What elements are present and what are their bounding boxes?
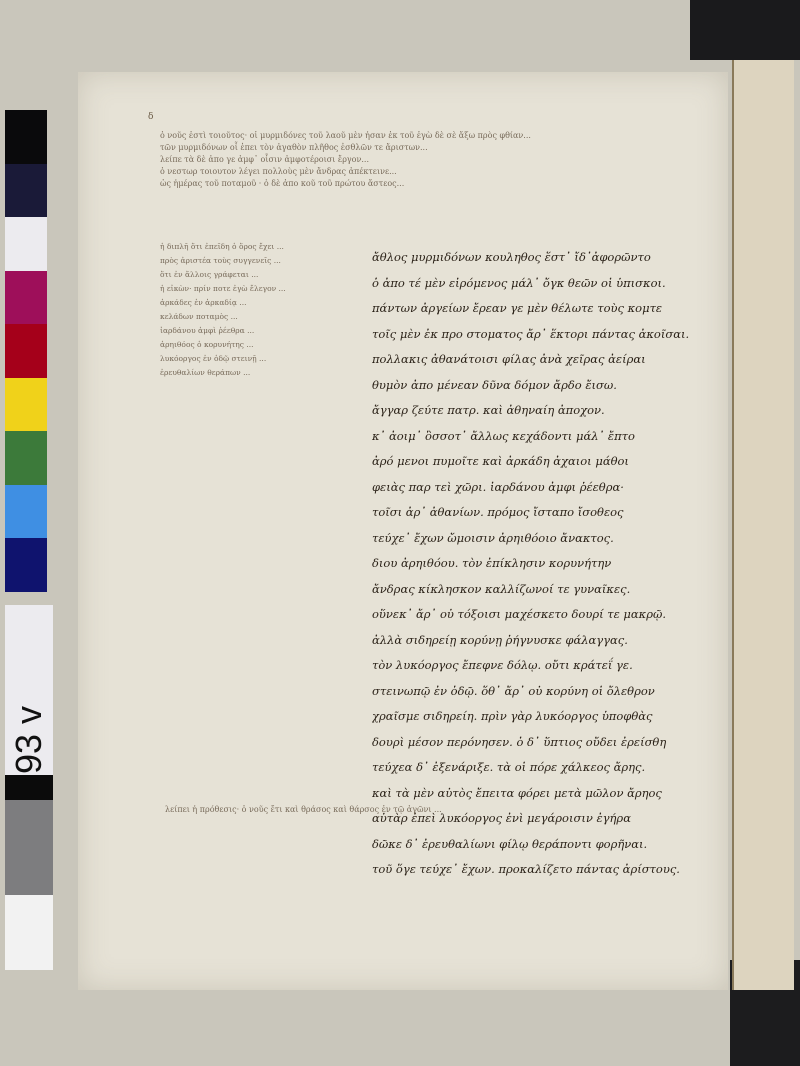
swatch-blue [5, 538, 47, 592]
facing-page-edge [732, 60, 794, 990]
swatch-green [5, 431, 47, 485]
gray-scale-bar: 93 v [5, 605, 53, 970]
swatch-red [5, 324, 47, 378]
main-text: ἄθλος μυρμιδόνων κουληθος ἕστ᾽ ἴδ᾽ἀφορῶν… [372, 245, 712, 883]
swatch-navy [5, 164, 47, 218]
swatch-yellow [5, 378, 47, 432]
dark-background [690, 0, 800, 60]
color-calibration-bar [5, 110, 47, 592]
margin-scholia: ἡ διπλῆ ὅτι ἐπεῖδη ὁ ὅρος ἔχει ... πρὸς … [160, 240, 350, 380]
swatch-magenta [5, 271, 47, 325]
swatch-black [5, 110, 47, 164]
folio-label: 93 v [8, 706, 50, 774]
page-number-mark: δ [148, 112, 153, 122]
swatch-cyan [5, 485, 47, 539]
swatch-white [5, 217, 47, 271]
header-scholia: ὁ νοῦς ἐστὶ τοιοῦτος· οἱ μυρμιδόνες τοῦ … [160, 130, 700, 190]
footer-scholion: λείπει ἡ πρόθεσις· ὁ νοῦς ἔτι καὶ θράσος… [165, 805, 705, 814]
